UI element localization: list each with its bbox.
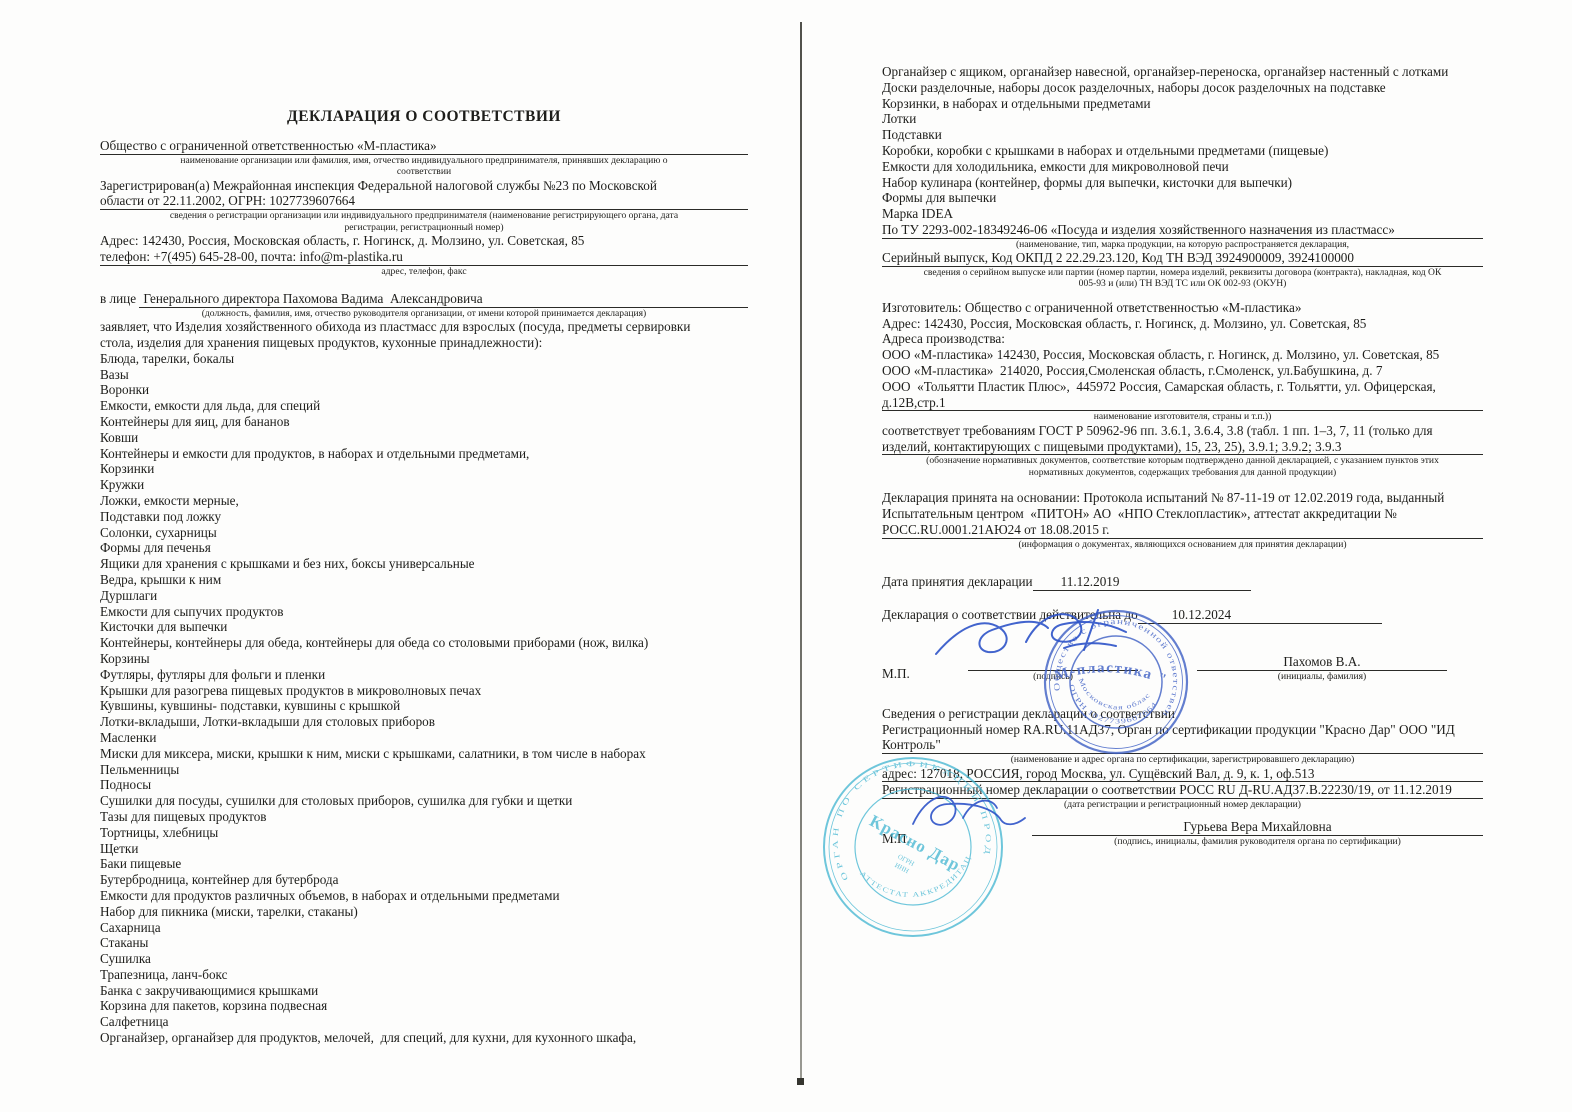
text-line: Формы для выпечки [882, 190, 1483, 206]
underlined-line: телефон: +7(495) 645-28-00, почта: info@… [100, 249, 748, 266]
signatory-name: Гурьева Вера Михайловна [1032, 819, 1483, 836]
fold-end-mark [797, 1078, 804, 1085]
name-area: Гурьева Вера Михайловна(подпись, инициал… [1032, 819, 1483, 847]
text-line: Адрес: 142430, Россия, Московская област… [100, 233, 748, 249]
text-line: ООО «М-пластика» 142430, Россия, Московс… [882, 347, 1483, 363]
text-line: Марка IDEA [882, 206, 1483, 222]
text-line: Пельменницы [100, 762, 748, 778]
underlined-line: РОСС.RU.0001.21АЮ24 от 18.08.2015 г. [882, 522, 1483, 539]
text-line: Банка с закручивающимися крышками [100, 983, 748, 999]
fine-print: соответствии [100, 166, 748, 177]
spacer [100, 277, 748, 291]
field-value: 11.12.2019 [1033, 574, 1251, 591]
text-line: Подставки [882, 127, 1483, 143]
text-line: Ведра, крышки к ним [100, 572, 748, 588]
text-line: Испытательным центром «ПИТОН» АО «НПО Ст… [882, 506, 1483, 522]
text-line: Емкости для продуктов различных объемов,… [100, 888, 748, 904]
text-line: Декларация принята на основании: Протоко… [882, 490, 1483, 506]
spacer [882, 550, 1483, 574]
text-line: Лотки-вкладыши, Лотки-вкладыши для столо… [100, 714, 748, 730]
field-label: Дата принятия декларации [882, 574, 1033, 591]
field-value: Генерального директора Пахомова Вадима А… [139, 291, 748, 308]
text-line: Масленки [100, 730, 748, 746]
text-line: Сахарница [100, 920, 748, 936]
text-line: Щетки [100, 841, 748, 857]
text-line: Миски для миксера, миски, крышки к ним, … [100, 746, 748, 762]
text-line: Кувшины, кувшины- подставки, кувшины с к… [100, 698, 748, 714]
text-line: Кисточки для выпечки [100, 619, 748, 635]
spacer [882, 478, 1483, 490]
certification-head-signature [903, 780, 1048, 842]
text-line: Емкости для холодильника, емкости для ми… [882, 159, 1483, 175]
document-title: ДЕКЛАРАЦИЯ О СООТВЕТСТВИИ [100, 108, 748, 126]
text-line: Корзинки, в наборах и отдельными предмет… [882, 96, 1483, 112]
text-line: Органайзер, органайзер для продуктов, ме… [100, 1030, 748, 1046]
page-fold-line [800, 22, 802, 1082]
fine-print: (наименование, тип, марка продукции, на … [882, 239, 1483, 250]
text-line: Доски разделочные, наборы досок разделоч… [882, 80, 1483, 96]
fine-print: сведения о серийном выпуске или партии (… [882, 267, 1483, 278]
text-line: Тазы для пищевых продуктов [100, 809, 748, 825]
text-line: Блюда, тарелки, бокалы [100, 351, 748, 367]
fine-print: регистрации, регистрационный номер) [100, 222, 748, 233]
text-line: Дуршлаги [100, 588, 748, 604]
text-line: ООО «Тольятти Пластик Плюс», 445972 Росс… [882, 379, 1483, 395]
text-line: Контейнеры, контейнеры для обеда, контей… [100, 635, 748, 651]
fine-print: 005-93 и (или) ТН ВЭД ТС или ОК 002-93 (… [882, 278, 1483, 289]
text-line: соответствует требованиям ГОСТ Р 50962-9… [882, 423, 1483, 439]
text-line: Подносы [100, 777, 748, 793]
text-line: Емкости, емкости для льда, для специй [100, 398, 748, 414]
labeled-field: Дата принятия декларации11.12.2019 [882, 574, 1483, 591]
text-line: Набор для пикника (миски, тарелки, стака… [100, 904, 748, 920]
text-line: Сушилки для посуды, сушилки для столовых… [100, 793, 748, 809]
spacer [882, 290, 1483, 300]
text-line: Тортницы, хлебницы [100, 825, 748, 841]
fine-print: наименование изготовителя, страны и т.п.… [882, 411, 1483, 422]
text-line: Контейнеры и емкости для продуктов, в на… [100, 446, 748, 462]
page-1: ДЕКЛАРАЦИЯ О СООТВЕТСТВИИОбщество с огра… [100, 108, 748, 1046]
text-line: Крышки для разогрева пищевых продуктов в… [100, 683, 748, 699]
fine-print: наименование организации или фамилия, им… [100, 155, 748, 166]
scanned-document: ДЕКЛАРАЦИЯ О СООТВЕТСТВИИОбщество с огра… [0, 0, 1572, 1112]
text-line: заявляет, что Изделия хозяйственного оби… [100, 319, 748, 335]
signatory-name: Пахомов В.А. [1197, 654, 1447, 671]
text-line: Зарегистрирован(а) Межрайонная инспекция… [100, 178, 748, 194]
page-1-content: ДЕКЛАРАЦИЯ О СООТВЕТСТВИИОбщество с огра… [100, 108, 748, 1046]
text-line: Вазы [100, 367, 748, 383]
underlined-line: изделий, контактирующих с пищевыми проду… [882, 439, 1483, 456]
text-line: Корзинки [100, 461, 748, 477]
name-caption: (инициалы, фамилия) [1197, 671, 1447, 682]
text-line: Лотки [882, 111, 1483, 127]
text-line: Емкости для сыпучих продуктов [100, 604, 748, 620]
text-line: Набор кулинара (контейнер, формы для вып… [882, 175, 1483, 191]
underlined-line: Серийный выпуск, Код ОКПД 2 22.29.23.120… [882, 250, 1483, 267]
text-line: Баки пищевые [100, 856, 748, 872]
labeled-field: в лице Генерального директора Пахомова В… [100, 291, 748, 308]
fine-print: (должность, фамилия, имя, отчество руков… [100, 308, 748, 319]
text-line: Формы для печенья [100, 540, 748, 556]
text-line: ООО «М-пластика» 214020, Россия,Смоленск… [882, 363, 1483, 379]
text-line: Кружки [100, 477, 748, 493]
field-label: в лице [100, 291, 139, 308]
text-line: Изготовитель: Общество с ограниченной от… [882, 300, 1483, 316]
text-line: Коробки, коробки с крышками в наборах и … [882, 143, 1483, 159]
underlined-line: По ТУ 2293-002-18349246-06 «Посуда и изд… [882, 222, 1483, 239]
text-line: Подставки под ложку [100, 509, 748, 525]
fine-print: (обозначение нормативных документов, соо… [882, 455, 1483, 466]
text-line: Солонки, сухарницы [100, 525, 748, 541]
text-line: Ящики для хранения с крышками и без них,… [100, 556, 748, 572]
fine-print: (информация о документах, являющихся осн… [882, 539, 1483, 550]
text-line: Ковши [100, 430, 748, 446]
director-signature [930, 598, 1160, 683]
text-line: стола, изделия для хранения пищевых прод… [100, 335, 748, 351]
underlined-line: области от 22.11.2002, ОГРН: 10277396076… [100, 193, 748, 210]
text-line: Стаканы [100, 935, 748, 951]
text-line: Корзины [100, 651, 748, 667]
text-line: Сушилка [100, 951, 748, 967]
text-line: Контейнеры для яиц, для бананов [100, 414, 748, 430]
text-line: Органайзер с ящиком, органайзер навесной… [882, 64, 1483, 80]
name-caption: (подпись, инициалы, фамилия руководителя… [1032, 836, 1483, 847]
fine-print: сведения о регистрации организации или и… [100, 210, 748, 221]
underlined-line: д.12В,стр.1 [882, 395, 1483, 412]
text-line: Салфетница [100, 1014, 748, 1030]
text-line: Корзина для пакетов, корзина подвесная [100, 998, 748, 1014]
text-line: Бутербродница, контейнер для бутерброда [100, 872, 748, 888]
underlined-line: Общество с ограниченной ответственностью… [100, 138, 748, 155]
text-line: Адрес: 142430, Россия, Московская област… [882, 316, 1483, 332]
text-line: Футляры, футляры для фольги и пленки [100, 667, 748, 683]
fine-print: адрес, телефон, факс [100, 266, 748, 277]
text-line: Ложки, емкости мерные, [100, 493, 748, 509]
text-line: Адреса производства: [882, 331, 1483, 347]
fine-print: нормативных документов, содержащих требо… [882, 467, 1483, 478]
name-area: Пахомов В.А.(инициалы, фамилия) [1197, 654, 1447, 682]
text-line: Трапезница, ланч-бокс [100, 967, 748, 983]
text-line: Воронки [100, 382, 748, 398]
